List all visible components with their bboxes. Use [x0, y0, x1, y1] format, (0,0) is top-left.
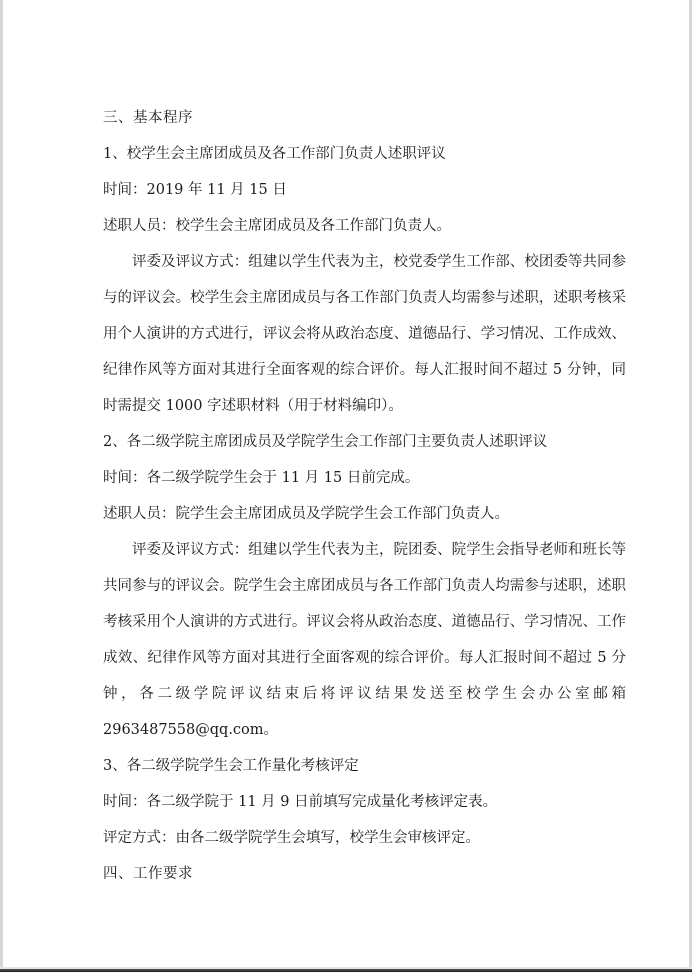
- review-personnel-2: 述职人员：院学生会主席团成员及学院学生会工作部门负责人。: [103, 496, 626, 532]
- assessment-method: 评定方式：由各二级学院学生会填写，校学生会审核评定。: [103, 820, 626, 856]
- page-bottom-edge: [0, 967, 692, 972]
- review-method-text-1: 评委及评议方式：组建以学生代表为主，校党委学生工作部、校团委等共同参与的评议会。…: [103, 244, 626, 424]
- review-method-paragraph-2: 评委及评议方式：组建以学生代表为主，院团委、院学生会指导老师和班长等共同参与的评…: [103, 532, 626, 748]
- subsection-heading-school-union-review: 1、校学生会主席团成员及各工作部门负责人述职评议: [103, 136, 626, 172]
- review-time-1: 时间：2019 年 11 月 15 日: [103, 172, 626, 208]
- subsection-heading-college-union-review: 2、各二级学院主席团成员及学院学生会工作部门主要负责人述职评议: [103, 424, 626, 460]
- document-page: 三、基本程序 1、校学生会主席团成员及各工作部门负责人述职评议 时间：2019 …: [0, 0, 692, 972]
- review-time-2: 时间：各二级学院学生会于 11 月 15 日前完成。: [103, 460, 626, 496]
- document-body: 三、基本程序 1、校学生会主席团成员及各工作部门负责人述职评议 时间：2019 …: [103, 100, 626, 892]
- section-heading-basic-procedure: 三、基本程序: [103, 100, 626, 136]
- review-method-paragraph-1: 评委及评议方式：组建以学生代表为主，校党委学生工作部、校团委等共同参与的评议会。…: [103, 244, 626, 424]
- review-personnel-1: 述职人员：校学生会主席团成员及各工作部门负责人。: [103, 208, 626, 244]
- review-method-text-2: 评委及评议方式：组建以学生代表为主，院团委、院学生会指导老师和班长等共同参与的评…: [103, 532, 626, 748]
- subsection-heading-quantitative-assessment: 3、各二级学院学生会工作量化考核评定: [103, 748, 626, 784]
- assessment-time: 时间：各二级学院于 11 月 9 日前填写完成量化考核评定表。: [103, 784, 626, 820]
- section-heading-work-requirements: 四、工作要求: [103, 856, 626, 892]
